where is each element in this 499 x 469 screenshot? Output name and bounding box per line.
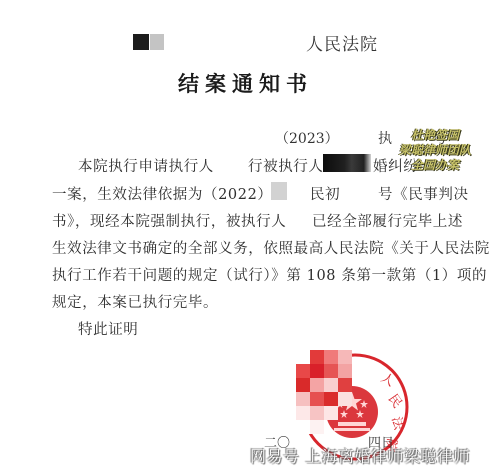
badge-line: 梁聪律师团队: [388, 143, 482, 158]
case-year: （2023）: [275, 128, 339, 148]
body-line: 执行工作若干问题的规定（试行）》第 108 条第一款第（1）项的: [52, 264, 487, 285]
text-segment: 已经全部履行完毕上述: [312, 210, 463, 231]
watermark-badge: 杜艳签国 梁聪律师团队 全国办案: [388, 128, 482, 178]
redaction-block: [150, 34, 164, 50]
footer-watermark: 网易号 上海离婚律师梁聪律师: [250, 444, 470, 467]
redaction-block: [271, 182, 287, 200]
text-segment: 书》，现经本院强制执行，被执行人: [52, 210, 286, 231]
text-segment: 号《民事判决: [378, 183, 469, 204]
text-segment: 本院执行申请执行人: [78, 155, 214, 176]
body-line: 生效法律文书确定的全部义务，依照最高人民法院《关于人民法院: [52, 237, 490, 258]
body-line: 规定，本案已执行完毕。: [52, 291, 218, 312]
badge-line: 全国办案: [388, 158, 482, 173]
text-segment: 行被执行人: [248, 155, 324, 176]
redaction-block: [323, 154, 371, 172]
svg-text:民: 民: [385, 392, 405, 411]
court-name: 人民法院: [306, 30, 378, 55]
document-title: 结案通知书: [178, 68, 313, 98]
text-segment: 民初: [310, 183, 340, 204]
seal-mosaic-redaction: [296, 350, 368, 440]
certification-line: 特此证明: [78, 318, 138, 339]
redaction-block: [133, 34, 149, 50]
badge-line: 杜艳签国: [388, 128, 482, 143]
text-segment: 一案，生效法律依据为（2022）: [52, 183, 273, 204]
svg-text:法: 法: [388, 415, 407, 433]
